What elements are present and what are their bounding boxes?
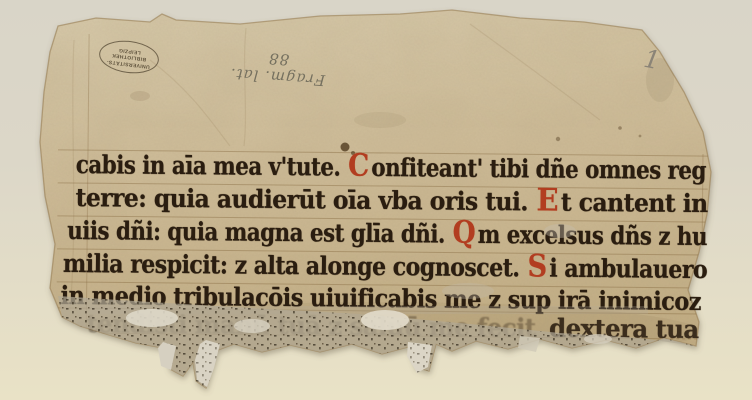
rubric-initial: Q (452, 215, 475, 251)
line-text: t cantent in (561, 188, 708, 218)
manuscript-text-block: cabis in aīa mea v'tute.Confiteant' tibi… (0, 0, 752, 400)
line-text: m excelsus dñs z hu (478, 220, 708, 251)
rubric-initial: S (527, 248, 547, 284)
line-text: milia respicit: z alta alonge cognoscet. (63, 249, 520, 282)
rubric-initial: E (536, 182, 558, 218)
line-text: dextera tua (549, 314, 699, 344)
line-text: cabis in aīa mea v'tute. (76, 150, 341, 182)
line-text: terre: quia audierūt oīa vba oris tui. (75, 183, 528, 216)
manuscript-line: terre: quia audierūt oīa vba oris tui.Et… (75, 183, 707, 218)
manuscript-line: milia respicit: z alta alonge cognoscet.… (63, 249, 707, 284)
line-text: onfiteant' tibi dñe omnes reg (371, 153, 706, 185)
manuscript-line: cabis in aīa mea v'tute.Confiteant' tibi… (76, 150, 706, 185)
manuscript-photo: UNIVERSITÄTS- BIBLIOTHEK LEIPZIG Fragm. … (0, 0, 752, 400)
manuscript-line: uiis dñi: quia magna est glīa dñi.Qm exc… (67, 216, 707, 251)
line-text-abraded: tendisti manū tuā z saluū me fecit (86, 309, 535, 342)
line-text: uiis dñi: quia magna est glīa dñi. (67, 216, 445, 249)
rubric-initial: C (348, 148, 369, 184)
manuscript-line-damaged: tendisti manū tuā z saluū me fecitdexter… (86, 309, 698, 344)
line-text: i ambulauero (549, 254, 707, 285)
